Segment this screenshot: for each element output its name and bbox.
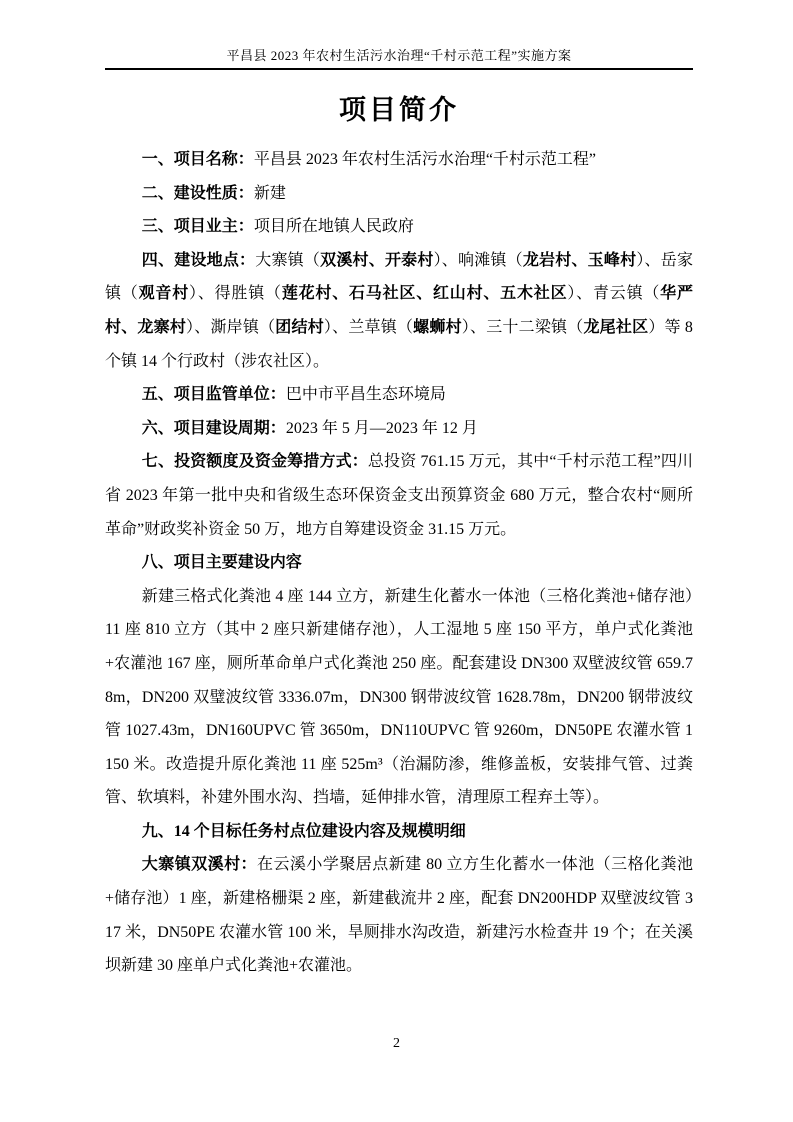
paragraph: 新建三格式化粪池 4 座 144 立方，新建生化蓄水一体池（三格化粪池+储存池）… bbox=[105, 580, 693, 815]
text-segment: 在云溪小学聚居点新建 80 立方生化蓄水一体池（三格化粪池+储存池）1 座，新建… bbox=[105, 856, 693, 974]
text-segment-bold: 四、建设地点： bbox=[142, 252, 255, 269]
paragraph: 大寨镇双溪村：在云溪小学聚居点新建 80 立方生化蓄水一体池（三格化粪池+储存池… bbox=[105, 848, 693, 982]
text-segment-bold: 莲花村、石马社区、红山村、五木社区 bbox=[282, 285, 568, 302]
document-page: 平昌县 2023 年农村生活污水治理“千村示范工程”实施方案 项目简介 一、项目… bbox=[0, 0, 793, 1122]
text-segment: 平昌县 2023 年农村生活污水治理“千村示范工程” bbox=[254, 151, 596, 168]
text-segment: ）、三十二梁镇（ bbox=[462, 319, 584, 336]
text-segment: 新建三格式化粪池 4 座 144 立方，新建生化蓄水一体池（三格化粪池+储存池）… bbox=[105, 588, 693, 807]
text-segment-bold: 三、项目业主： bbox=[142, 218, 254, 235]
text-segment-bold: 观音村 bbox=[139, 285, 189, 302]
text-segment-bold: 龙岩村、玉峰村 bbox=[523, 252, 636, 269]
paragraph: 六、项目建设周期：2023 年 5 月—2023 年 12 月 bbox=[105, 412, 693, 446]
text-segment-bold: 二、建设性质： bbox=[142, 185, 254, 202]
text-segment-bold: 六、项目建设周期： bbox=[142, 420, 286, 437]
paragraph: 八、项目主要建设内容 bbox=[105, 546, 693, 580]
text-segment-bold: 螺蛳村 bbox=[413, 319, 462, 336]
text-segment-bold: 七、投资额度及资金筹措方式： bbox=[142, 453, 368, 470]
text-segment: ）、青云镇（ bbox=[567, 285, 660, 302]
page-footer: 2 bbox=[0, 1036, 793, 1052]
document-title: 项目简介 bbox=[105, 91, 693, 129]
paragraph: 二、建设性质：新建 bbox=[105, 177, 693, 211]
text-segment-bold: 龙尾社区 bbox=[583, 319, 648, 336]
document-body: 一、项目名称：平昌县 2023 年农村生活污水治理“千村示范工程”二、建设性质：… bbox=[105, 143, 693, 983]
text-segment-bold: 团结村 bbox=[275, 319, 324, 336]
text-segment: 巴中市平昌生态环境局 bbox=[286, 386, 446, 403]
text-segment: ）、响滩镇（ bbox=[434, 252, 523, 269]
text-segment-bold: 八、项目主要建设内容 bbox=[142, 554, 302, 571]
paragraph: 三、项目业主：项目所在地镇人民政府 bbox=[105, 210, 693, 244]
text-segment: ）、澌岸镇（ bbox=[186, 319, 275, 336]
text-segment-bold: 九、14 个目标任务村点位建设内容及规模明细 bbox=[142, 823, 466, 840]
paragraph: 七、投资额度及资金筹措方式：总投资 761.15 万元，其中“千村示范工程”四川… bbox=[105, 445, 693, 546]
text-segment-bold: 一、项目名称： bbox=[142, 151, 254, 168]
paragraph: 九、14 个目标任务村点位建设内容及规模明细 bbox=[105, 815, 693, 849]
header-title: 平昌县 2023 年农村生活污水治理“千村示范工程”实施方案 bbox=[105, 48, 693, 63]
text-segment-bold: 双溪村、开泰村 bbox=[320, 252, 433, 269]
paragraph: 四、建设地点：大寨镇（双溪村、开泰村）、响滩镇（龙岩村、玉峰村）、岳家镇（观音村… bbox=[105, 244, 693, 378]
text-segment: ）、兰草镇（ bbox=[324, 319, 413, 336]
text-segment: 大寨镇（ bbox=[255, 252, 320, 269]
text-segment-bold: 大寨镇双溪村： bbox=[142, 856, 257, 873]
text-segment: ）、得胜镇（ bbox=[189, 285, 282, 302]
text-segment-bold: 五、项目监管单位： bbox=[142, 386, 286, 403]
text-segment: 项目所在地镇人民政府 bbox=[254, 218, 414, 235]
header-divider bbox=[105, 68, 693, 70]
text-segment: 新建 bbox=[254, 185, 286, 202]
page-number: 2 bbox=[393, 1036, 400, 1051]
page-header: 平昌县 2023 年农村生活污水治理“千村示范工程”实施方案 bbox=[105, 48, 693, 70]
paragraph: 五、项目监管单位：巴中市平昌生态环境局 bbox=[105, 378, 693, 412]
page-content: 平昌县 2023 年农村生活污水治理“千村示范工程”实施方案 项目简介 一、项目… bbox=[105, 0, 693, 983]
paragraph: 一、项目名称：平昌县 2023 年农村生活污水治理“千村示范工程” bbox=[105, 143, 693, 177]
text-segment: 2023 年 5 月—2023 年 12 月 bbox=[286, 420, 478, 437]
